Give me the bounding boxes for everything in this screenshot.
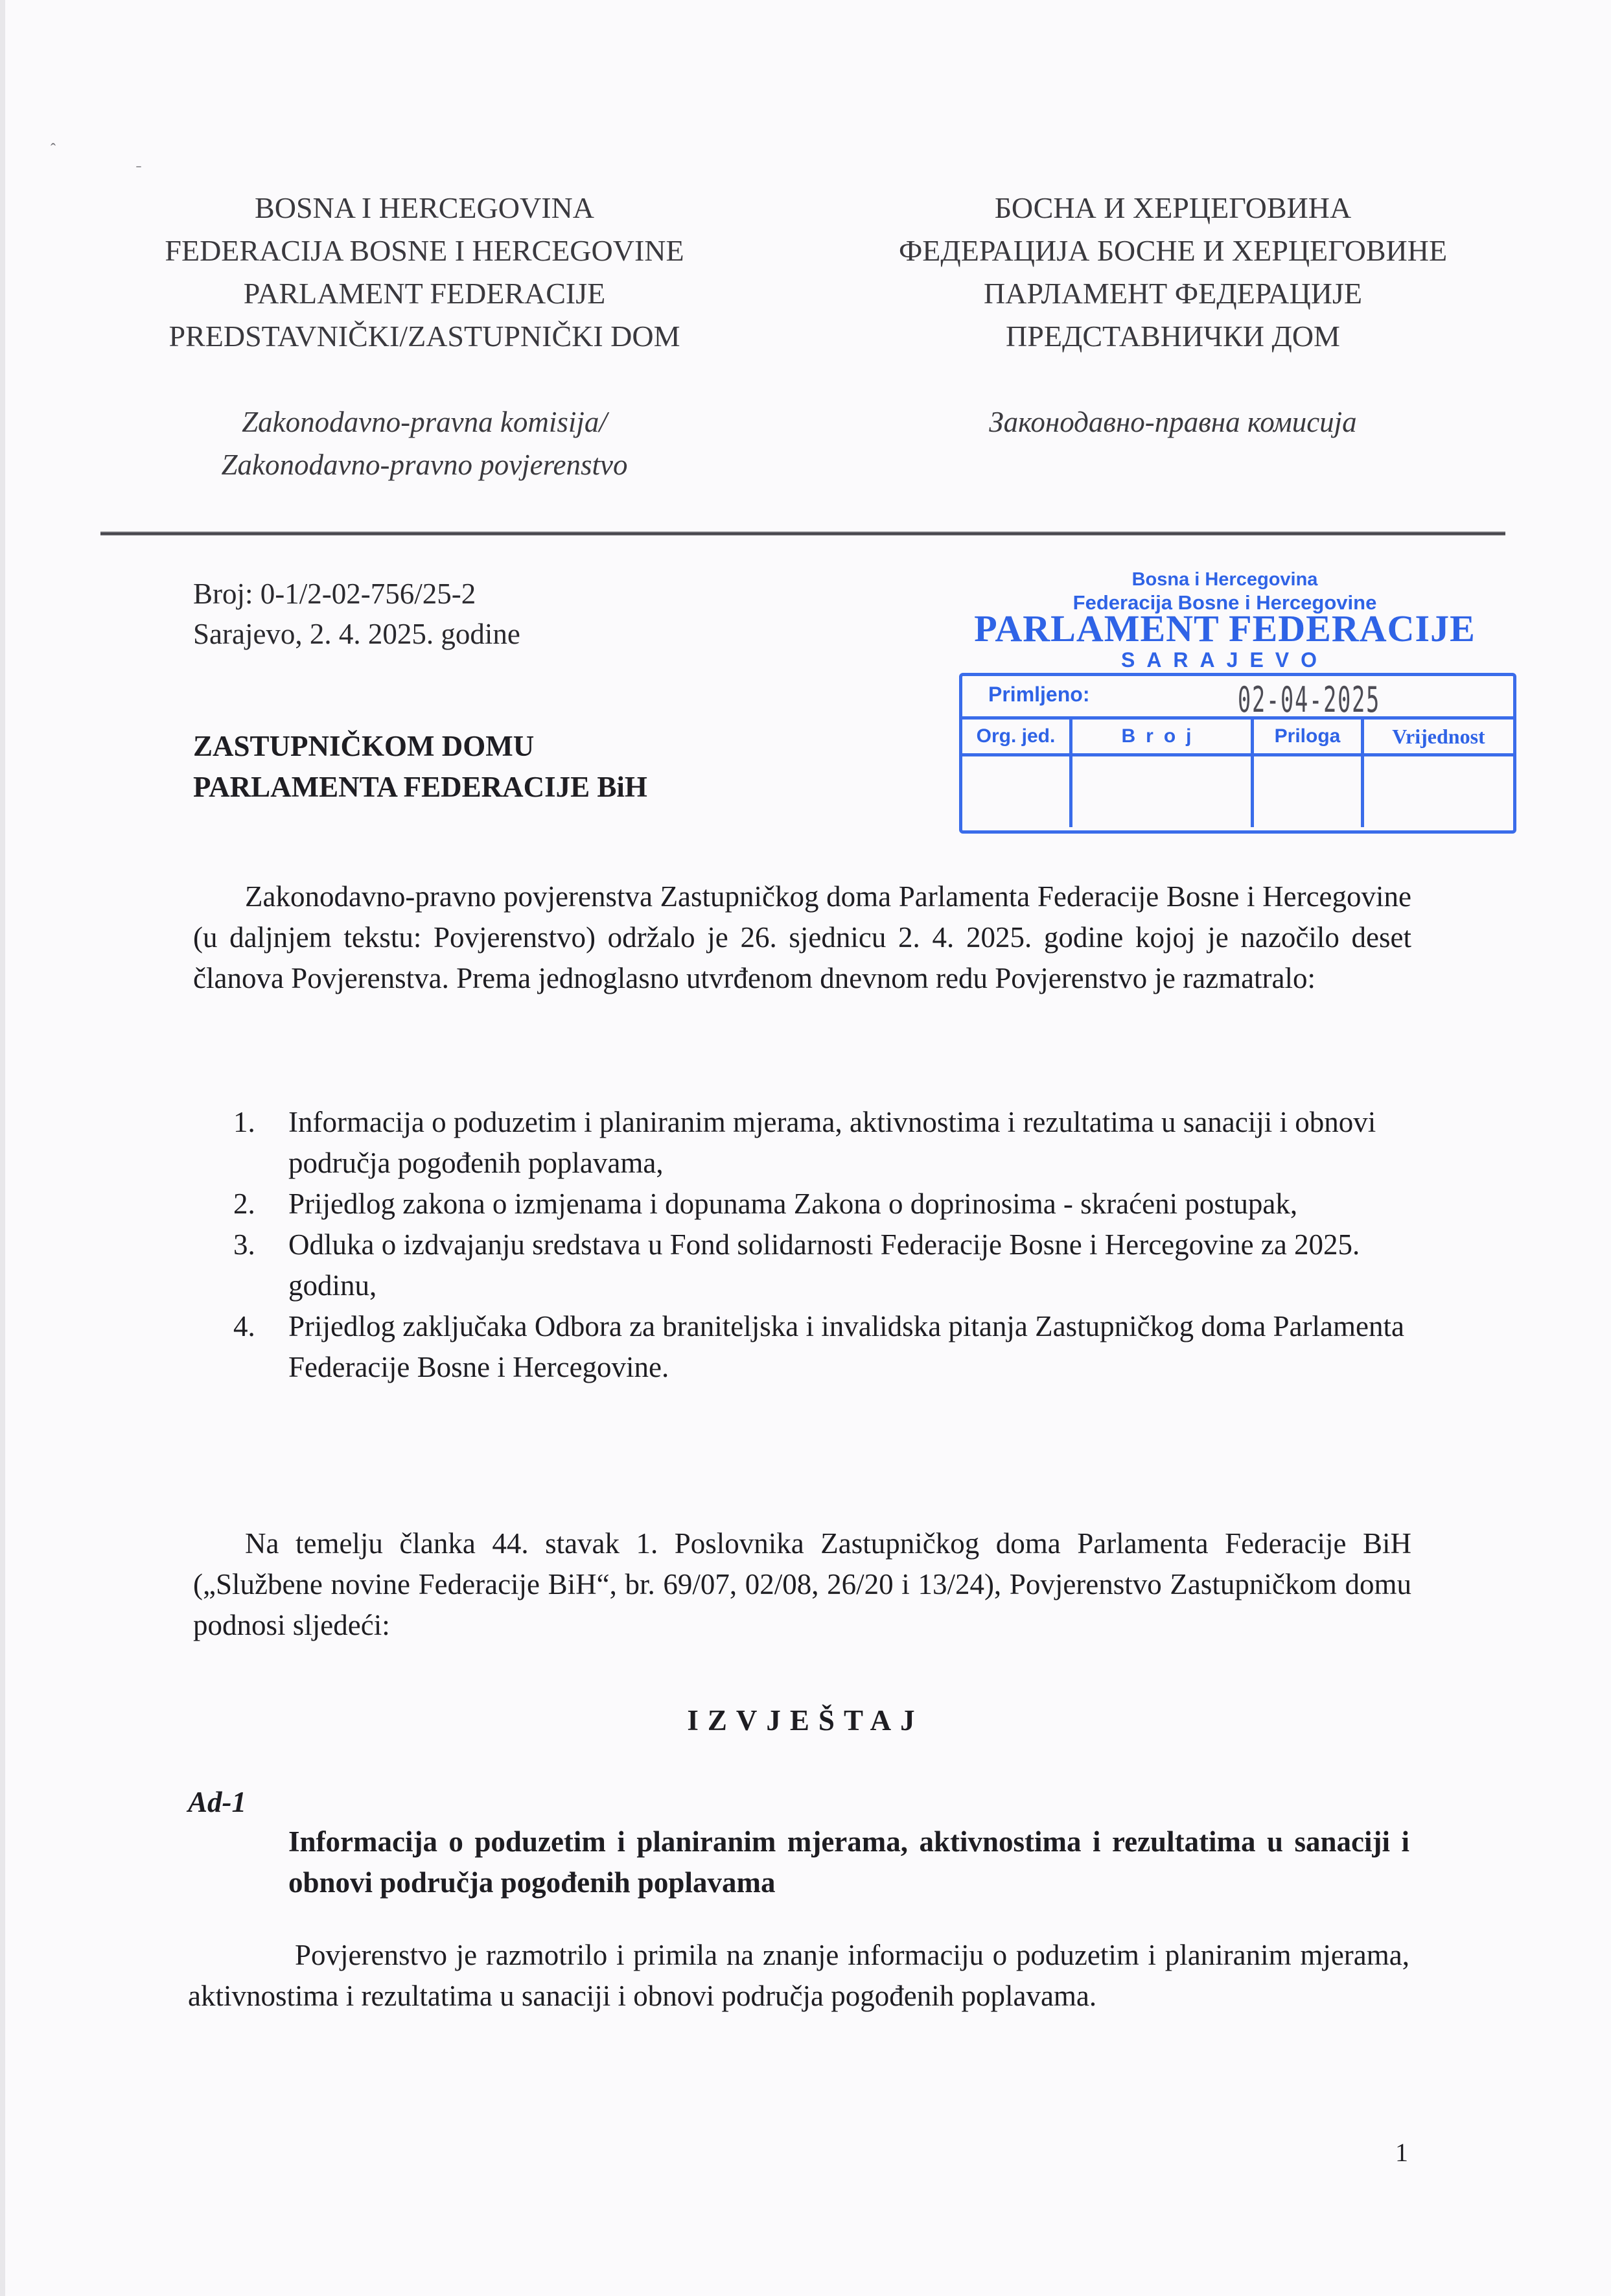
reference-number: Broj: 0-1/2-02-756/25-2: [193, 574, 520, 614]
agenda-item: 1.Informacija o poduzetim i planiranim m…: [227, 1102, 1413, 1184]
committee-line: Zakonodavno-pravna komisija/: [123, 401, 726, 443]
agenda-list: 1.Informacija o poduzetim i planiranim m…: [227, 1102, 1413, 1388]
stamp-box: Primljeno: 02-04-2025 Org. jed. Broj Pri…: [959, 673, 1516, 834]
stamp-column-label: Broj: [1072, 720, 1251, 756]
header-divider: [100, 532, 1505, 535]
ad-heading: Informacija o poduzetim i planiranim mje…: [288, 1822, 1409, 1903]
addressee: ZASTUPNIČKOM DOMU PARLAMENTA FEDERACIJE …: [193, 726, 647, 808]
stamp-column-label: Org. jed.: [962, 720, 1069, 756]
scan-artifact: ˆ: [51, 141, 56, 159]
letterhead-line: ПАРЛАМЕНТ ФЕДЕРАЦИЈЕ: [849, 272, 1497, 315]
stamp-cell-attachments: Priloga: [1254, 720, 1364, 827]
agenda-text: Informacija o poduzetim i planiranim mje…: [288, 1106, 1376, 1179]
stamp-line: Bosna i Hercegovina: [953, 569, 1497, 591]
cyrillic-letterhead: БОСНА И ХЕРЦЕГОВИНА ФЕДЕРАЦИЈА БОСНЕ И Х…: [849, 187, 1497, 358]
agenda-text: Prijedlog zaključaka Odbora za branitelj…: [288, 1310, 1404, 1383]
reference-block: Broj: 0-1/2-02-756/25-2 Sarajevo, 2. 4. …: [193, 574, 520, 654]
stamp-received-label: Primljeno:: [988, 683, 1089, 707]
letterhead-line: БОСНА И ХЕРЦЕГОВИНА: [849, 187, 1497, 229]
agenda-item: 4.Prijedlog zaključaka Odbora za branite…: [227, 1306, 1413, 1388]
agenda-text: Odluka o izdvajanju sredstava u Fond sol…: [288, 1228, 1360, 1302]
stamp-column-label: Vrijednost: [1364, 720, 1513, 756]
stamp-city: SARAJEVO: [953, 648, 1497, 672]
stamp-cell-value: Vrijednost: [1364, 720, 1513, 827]
page-number: 1: [1395, 2137, 1408, 2168]
letterhead-line: BOSNA I HERCEGOVINA: [123, 187, 726, 229]
ad-label: Ad-1: [188, 1785, 246, 1819]
latin-committee-name: Zakonodavno-pravna komisija/ Zakonodavno…: [123, 401, 726, 486]
letterhead-line: PARLAMENT FEDERACIJE: [123, 272, 726, 315]
legal-basis-paragraph: Na temelju članka 44. stavak 1. Poslovni…: [193, 1523, 1411, 1646]
committee-line: Законодавно-правна комисија: [849, 401, 1497, 443]
latin-letterhead: BOSNA I HERCEGOVINA FEDERACIJA BOSNE I H…: [123, 187, 726, 358]
received-stamp: Bosna i Hercegovina Federacija Bosne i H…: [953, 564, 1516, 833]
scan-artifact: ˍ: [136, 152, 141, 170]
agenda-text: Prijedlog zakona o izmjenama i dopunama …: [288, 1188, 1297, 1220]
stamp-grid: Org. jed. Broj Priloga Vrijednost: [962, 720, 1513, 827]
agenda-number: 3.: [233, 1224, 255, 1265]
agenda-number: 1.: [233, 1102, 255, 1143]
letterhead-line: FEDERACIJA BOSNE I HERCEGOVINE: [123, 229, 726, 272]
intro-paragraph: Zakonodavno-pravno povjerenstva Zastupni…: [193, 876, 1411, 999]
addressee-line: ZASTUPNIČKOM DOMU: [193, 726, 647, 767]
ad-body: Povjerenstvo je razmotrilo i primila na …: [188, 1935, 1409, 2017]
place-date: Sarajevo, 2. 4. 2025. godine: [193, 614, 520, 654]
letterhead-line: ПРЕДСТАВНИЧКИ ДОМ: [849, 315, 1497, 358]
stamp-received-date: 02-04-2025: [1238, 679, 1380, 720]
agenda-item: 2.Prijedlog zakona o izmjenama i dopunam…: [227, 1184, 1413, 1224]
agenda-number: 2.: [233, 1184, 255, 1224]
addressee-line: PARLAMENTA FEDERACIJE BiH: [193, 767, 647, 808]
stamp-title: PARLAMENT FEDERACIJE: [953, 607, 1497, 650]
agenda-number: 4.: [233, 1306, 255, 1347]
letterhead-line: PREDSTAVNIČKI/ZASTUPNIČKI DOM: [123, 315, 726, 358]
agenda-item: 3.Odluka o izdvajanju sredstava u Fond s…: [227, 1224, 1413, 1306]
stamp-cell-org: Org. jed.: [962, 720, 1072, 827]
cyrillic-committee-name: Законодавно-правна комисија: [849, 401, 1497, 443]
stamp-received-row: Primljeno: 02-04-2025: [962, 676, 1513, 720]
stamp-column-label: Priloga: [1254, 720, 1361, 756]
stamp-cell-number: Broj: [1072, 720, 1254, 827]
committee-line: Zakonodavno-pravno povjerenstvo: [123, 443, 726, 486]
scan-edge: [0, 0, 5, 2296]
report-title: IZVJEŠTAJ: [0, 1704, 1611, 1737]
letterhead-line: ФЕДЕРАЦИЈА БОСНЕ И ХЕРЦЕГОВИНЕ: [849, 229, 1497, 272]
